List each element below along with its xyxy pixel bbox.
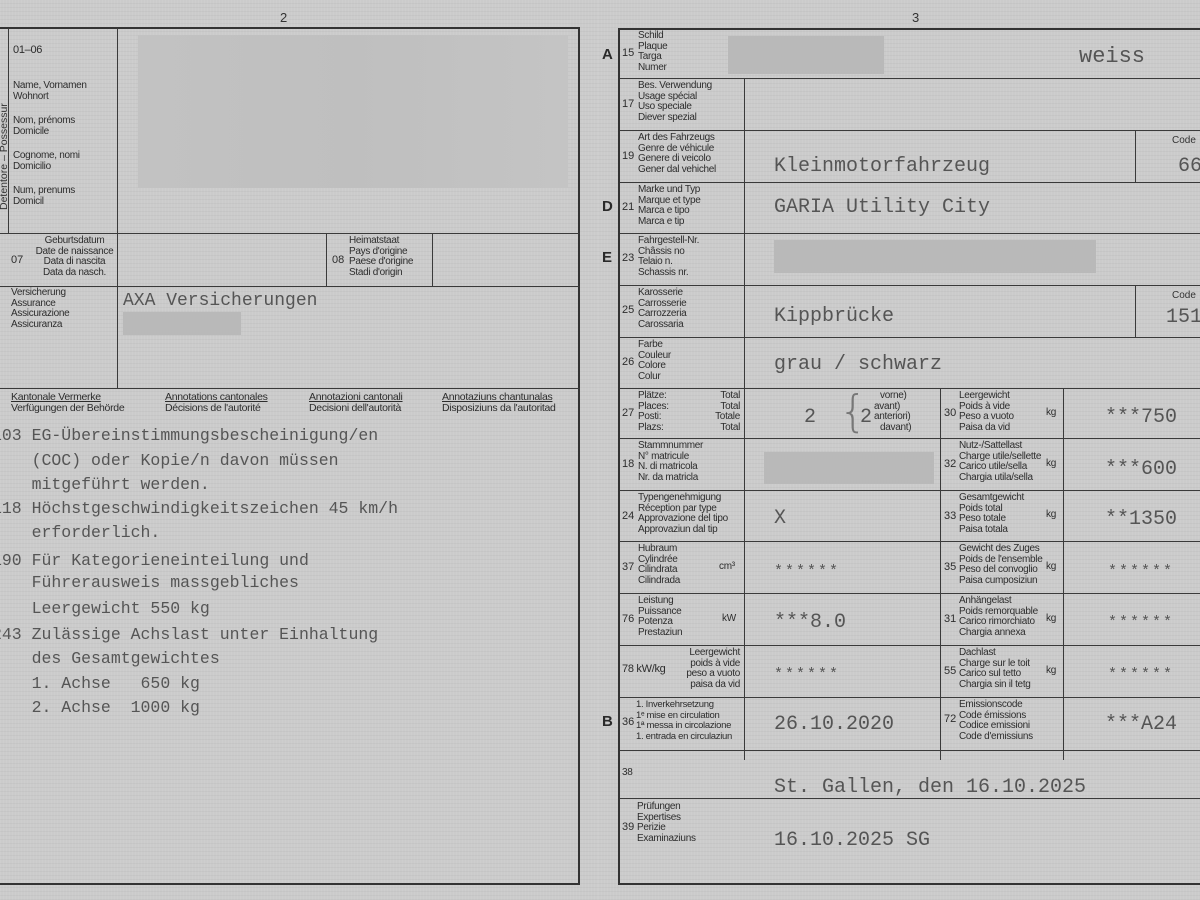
- chassis-value-redacted: [774, 240, 1096, 273]
- payload-unit: kg: [1046, 459, 1056, 470]
- trailer-load-unit: kg: [1046, 614, 1056, 625]
- matriculation-value-redacted: [764, 452, 934, 484]
- vehicle-type-code-label: Code: [1172, 135, 1196, 146]
- annotations-header-de: Kantonale VermerkeVerfügungen der Behörd…: [11, 392, 124, 414]
- roof-load-unit: kg: [1046, 666, 1056, 677]
- trailer-load-value: ******: [1108, 614, 1174, 631]
- vehicle-type-label: Art des FahrzeugsGenre de véhiculeGenere…: [638, 133, 716, 175]
- power-weight-field-number: 78 kW/kg: [622, 664, 665, 675]
- chassis-label: Fahrgestell-Nr.Châssis noTelaio n.Schass…: [638, 236, 699, 278]
- seats-front-value: 2: [860, 406, 872, 429]
- train-weight-unit: kg: [1046, 562, 1056, 573]
- power-label: LeistungPuissancePotenzaPrestaziun: [638, 596, 682, 638]
- plate-label: SchildPlaqueTargaNumer: [638, 31, 667, 73]
- special-use-field-number: 17: [622, 98, 634, 110]
- power-unit: kW: [722, 614, 736, 625]
- displacement-value: ******: [774, 563, 840, 580]
- type-approval-value: X: [774, 507, 786, 530]
- emission-code-label: EmissionscodeCode émissionsCodice emissi…: [959, 700, 1033, 742]
- roof-load-field-number: 55: [944, 665, 956, 677]
- first-registration-value: 26.10.2020: [774, 713, 894, 736]
- annotation-line: 118 Höchstgeschwindigkeitszeichen 45 km/…: [0, 499, 398, 518]
- inspections-field-number: 39: [622, 821, 634, 833]
- annotation-line: 2. Achse 1000 kg: [0, 698, 200, 717]
- birthdate-label: GeburtsdatumDate de naissanceData di nas…: [32, 236, 117, 278]
- roof-load-value: ******: [1108, 666, 1174, 683]
- insurance-value-redacted: [123, 312, 241, 335]
- empty-weight-label: LeergewichtPoids à videPeso a vuotoPaisa…: [959, 391, 1014, 433]
- trailer-load-field-number: 31: [944, 613, 956, 625]
- seats-front-label: vorne)avant)anteriori)davant): [874, 391, 911, 433]
- side-letter-A: A: [602, 46, 613, 63]
- power-value: ***8.0: [774, 611, 846, 634]
- inspections-value: 16.10.2025 SG: [774, 829, 930, 852]
- holder-field-number: 01–06: [13, 45, 42, 56]
- annotation-line: des Gesamtgewichtes: [0, 649, 220, 668]
- special-use-label: Bes. VerwendungUsage spécialUso speciale…: [638, 81, 712, 123]
- empty-weight-unit: kg: [1046, 408, 1056, 419]
- page-number: 2: [280, 10, 287, 25]
- vehicle-type-code: 66: [1178, 155, 1200, 178]
- holder-section-label: Detentore – Possessur: [0, 103, 10, 210]
- total-weight-field-number: 33: [944, 510, 956, 522]
- holder-value-redacted: [138, 35, 568, 188]
- body-code-label: Code: [1172, 290, 1196, 301]
- birthdate-field-number: 07: [11, 254, 23, 266]
- plate-field-number: 15: [622, 47, 634, 59]
- place-date-field-number: 38: [622, 768, 633, 779]
- matriculation-label: StammnummerN° matriculeN. di matricolaNr…: [638, 441, 703, 483]
- power-field-number: 76: [622, 613, 634, 625]
- type-approval-label: TypengenehmigungRéception par typeApprov…: [638, 493, 728, 535]
- total-weight-unit: kg: [1046, 510, 1056, 521]
- body-field-number: 25: [622, 304, 634, 316]
- place-date-value: St. Gallen, den 16.10.2025: [774, 776, 1086, 799]
- right-page: 3 A 15 SchildPlaqueTargaNumer weiss 17 B…: [598, 0, 1200, 900]
- side-letter-B: B: [602, 713, 613, 730]
- chassis-field-number: 23: [622, 252, 634, 264]
- roof-load-label: DachlastCharge sur le toitCarico sul tet…: [959, 648, 1031, 690]
- seats-total-label: TotalTotalTotaleTotal: [698, 391, 740, 433]
- vehicle-type-field-number: 19: [622, 150, 634, 162]
- plate-color-value: weiss: [1079, 44, 1145, 69]
- annotations-header-it: Annotazioni cantonaliDecisioni dell'auto…: [309, 392, 403, 414]
- annotation-line: Führerausweis massgebliches: [0, 573, 299, 592]
- body-label: KarosserieCarrosserieCarrozzeriaCarossar…: [638, 288, 686, 330]
- insurance-label: VersicherungAssuranceAssicurazioneAssicu…: [11, 288, 69, 330]
- payload-value: ***600: [1105, 458, 1177, 481]
- color-value: grau / schwarz: [774, 353, 942, 376]
- train-weight-label: Gewicht des ZugesPoids de l'ensemblePeso…: [959, 544, 1043, 586]
- side-letter-E: E: [602, 249, 612, 266]
- type-approval-field-number: 24: [622, 510, 634, 522]
- annotations-header-fr: Annotations cantonalesDécisions de l'aut…: [165, 392, 268, 414]
- annotation-line: 243 Zulässige Achslast unter Einhaltung: [0, 625, 378, 644]
- side-letter-D: D: [602, 198, 613, 215]
- annotation-line: (COC) oder Kopie/n davon müssen: [0, 451, 339, 470]
- page-number: 3: [912, 10, 919, 25]
- vehicle-type-value: Kleinmotorfahrzeug: [774, 155, 990, 178]
- inspections-label: PrüfungenExpertisesPerizieExaminaziuns: [637, 802, 696, 844]
- annotations-header-rm: Annotaziuns chantunalasDisposiziuns da l…: [442, 392, 556, 414]
- total-weight-value: **1350: [1105, 508, 1177, 531]
- train-weight-field-number: 35: [944, 561, 956, 573]
- emission-code-field-number: 72: [944, 713, 956, 725]
- matriculation-field-number: 18: [622, 458, 634, 470]
- payload-field-number: 32: [944, 458, 956, 470]
- make-model-value: GARIA Utility City: [774, 196, 990, 219]
- holder-label-rm: Num, prenumsDomicil: [13, 186, 75, 207]
- empty-weight-field-number: 30: [944, 407, 956, 419]
- displacement-label: HubraumCylindréeCilindrataCilindrada: [638, 544, 680, 586]
- annotation-line: 103 EG-Übereinstimmungsbescheinigung/en: [0, 426, 378, 445]
- holder-label-it: Cognome, nomiDomicilio: [13, 151, 80, 172]
- emission-code-value: ***A24: [1105, 713, 1177, 736]
- origin-label: HeimatstaatPays d'originePaese d'origine…: [349, 236, 413, 278]
- displacement-unit: cm³: [719, 562, 735, 573]
- empty-weight-value: ***750: [1105, 406, 1177, 429]
- displacement-field-number: 37: [622, 561, 634, 573]
- body-code: 151: [1166, 306, 1200, 329]
- first-registration-label: 1. Inverkehrsetzung1ᵉ mise en circulatio…: [636, 700, 732, 742]
- make-model-field-number: 21: [622, 201, 634, 213]
- seats-label: Plätze:Places:Posti:Plazs:: [638, 391, 669, 433]
- first-registration-field-number: 36: [622, 716, 634, 728]
- power-weight-value: ******: [774, 666, 840, 683]
- annotation-line: 1. Achse 650 kg: [0, 674, 200, 693]
- insurance-value: AXA Versicherungen: [123, 291, 317, 311]
- color-label: FarbeCouleurColoreColur: [638, 340, 671, 382]
- seats-total-value: 2: [804, 406, 816, 429]
- body-value: Kippbrücke: [774, 305, 894, 328]
- annotation-line: mitgeführt werden.: [0, 475, 210, 494]
- holder-label-fr: Nom, prénomsDomicile: [13, 116, 75, 137]
- holder-label-de: Name, VornamenWohnort: [13, 81, 87, 102]
- annotation-line: Leergewicht 550 kg: [0, 599, 210, 618]
- annotation-line: 190 Für Kategorieneinteilung und: [0, 551, 309, 570]
- color-field-number: 26: [622, 356, 634, 368]
- train-weight-value: ******: [1108, 563, 1174, 580]
- power-weight-label: Leergewichtpoids à videpeso a vuotopaisa…: [676, 648, 740, 690]
- total-weight-label: GesamtgewichtPoids totalPeso totalePaisa…: [959, 493, 1024, 535]
- origin-field-number: 08: [332, 254, 344, 266]
- annotation-line: erforderlich.: [0, 523, 160, 542]
- seats-field-number: 27: [622, 407, 634, 419]
- make-model-label: Marke und TypMarque et typeMarca e tipoM…: [638, 185, 701, 227]
- trailer-load-label: AnhängelastPoids remorquableCarico rimor…: [959, 596, 1038, 638]
- left-page: 2 Detentore – Possessur 01–06 Name, Vorn…: [0, 0, 598, 900]
- payload-label: Nutz-/SattellastCharge utile/selletteCar…: [959, 441, 1041, 483]
- plate-value-redacted: [728, 36, 884, 74]
